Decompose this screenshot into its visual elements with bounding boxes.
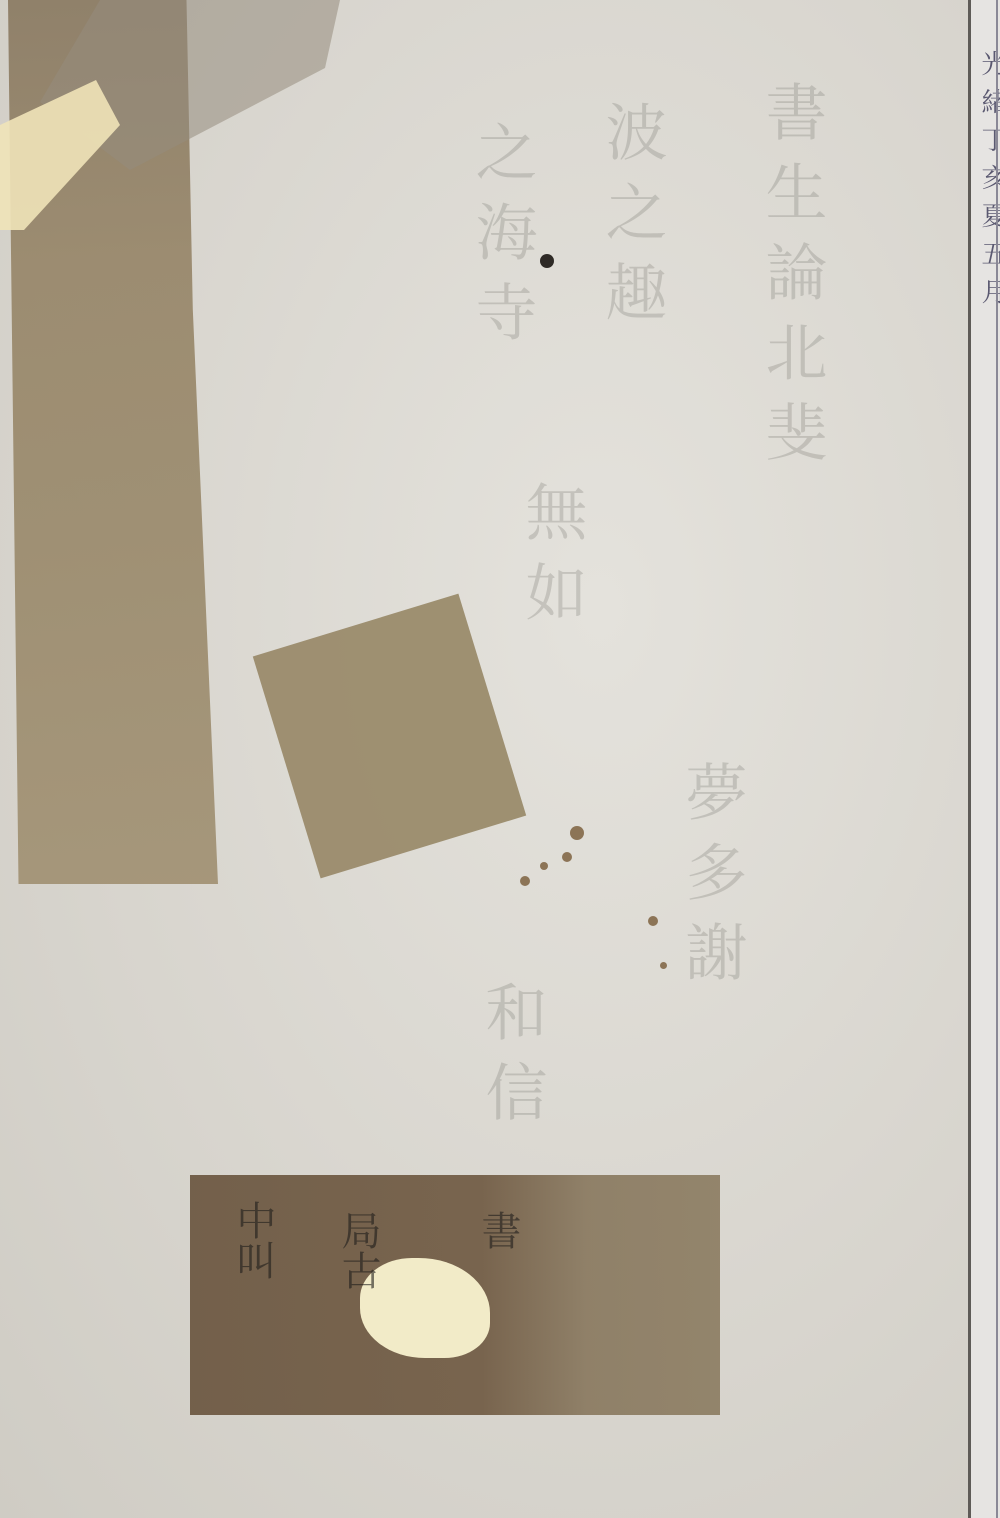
stain-spot — [520, 876, 530, 886]
faded-text-column: 書生論北斐 — [760, 80, 822, 480]
faded-text-column: 無如 — [520, 480, 582, 640]
margin-rule — [996, 0, 998, 1518]
stain-spot — [562, 852, 572, 862]
ink-spot — [540, 254, 554, 268]
tape-text-column: 局古 — [330, 1210, 387, 1290]
faded-text-column: 之海寺 — [470, 120, 532, 360]
stain-spot — [540, 862, 548, 870]
tape-text-column: 中叫 — [225, 1200, 282, 1280]
tape-text-column: 書 — [470, 1210, 527, 1250]
faded-text-column: 和信 — [480, 980, 542, 1140]
faded-text-column: 波之趣 — [600, 100, 662, 340]
stain-spot — [660, 962, 667, 969]
faded-text-column: 夢多謝 — [680, 760, 742, 1000]
stain-spot — [570, 826, 584, 840]
document-page: 書生論北斐 波之趣 之海寺 無如 夢多謝 和信 光緒丁亥夏五月 中叫 局古 書 — [0, 0, 1000, 1518]
center-square-tape — [253, 594, 526, 879]
stain-spot — [648, 916, 658, 926]
